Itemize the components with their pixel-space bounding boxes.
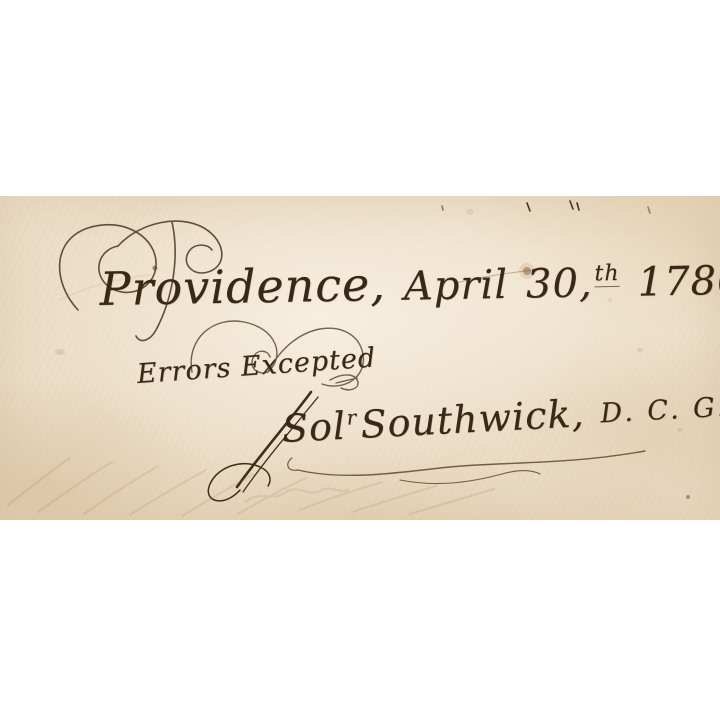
date-day: 30, — [526, 263, 593, 304]
signature-title: D. C. G. I. — [600, 392, 720, 428]
date-day-group: 30,th — [526, 263, 620, 305]
place-name: Providence, — [99, 261, 386, 312]
signature-name-superscript: r — [346, 407, 358, 428]
manuscript-scan: Providence, April 30,th 1780 Errors Exce… — [0, 0, 720, 720]
date-day-suffix: th — [594, 263, 619, 287]
signature-name-start: Sol — [281, 407, 347, 448]
date-year: 1780 — [637, 261, 720, 303]
signature-name-end: Southwick, — [360, 394, 586, 444]
date-month: April — [404, 265, 509, 307]
